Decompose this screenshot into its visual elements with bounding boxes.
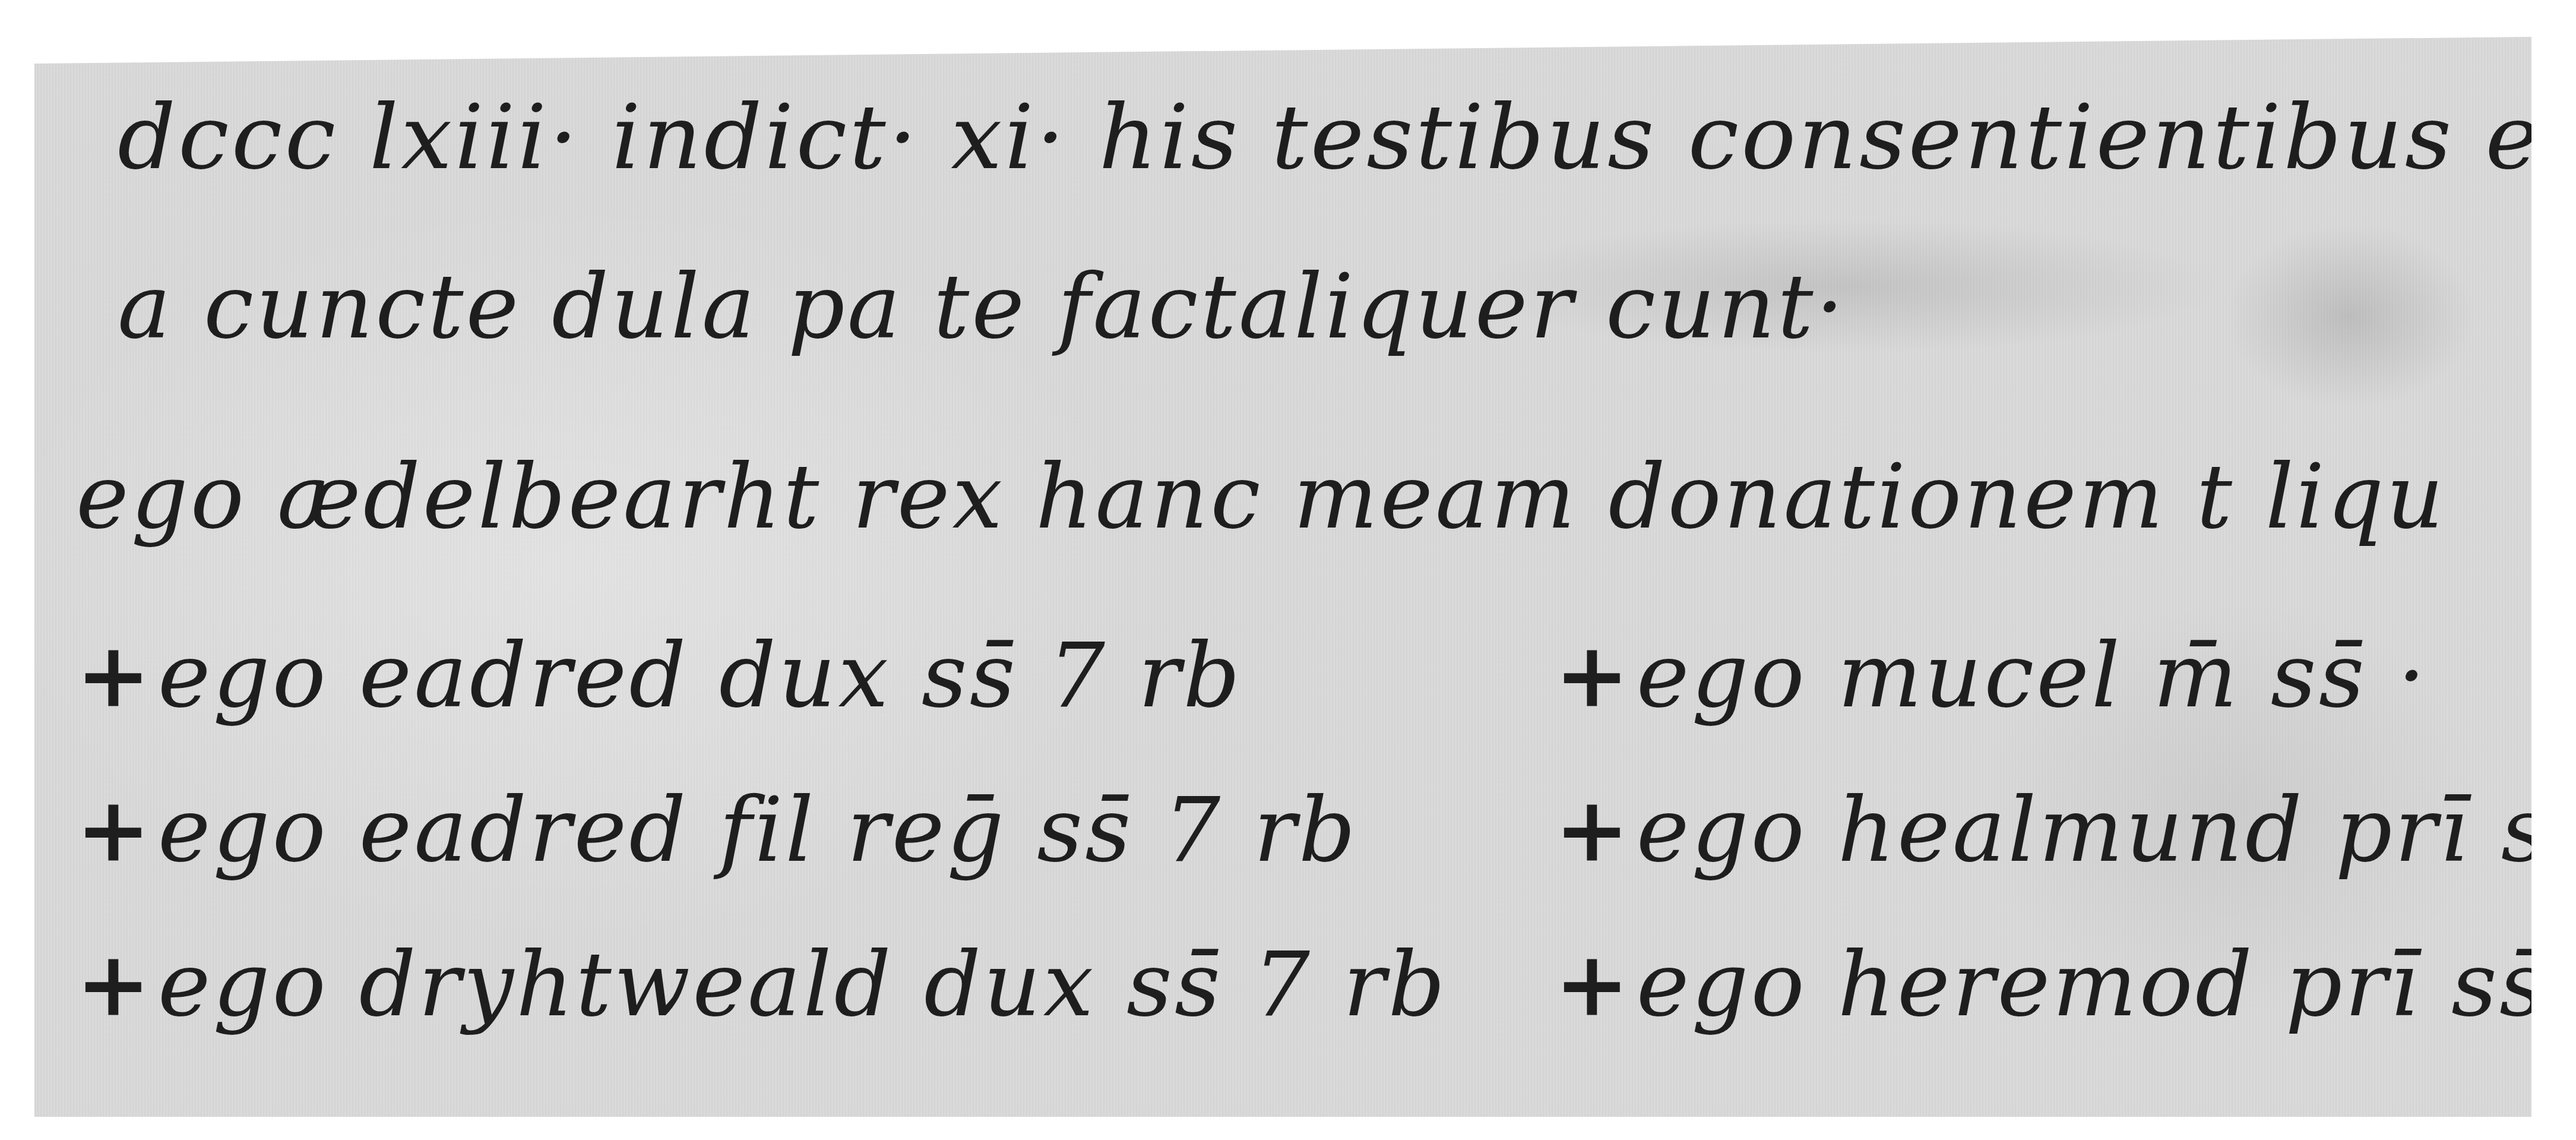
witness-entry: +ego dryhtweald dux ss̄ 7 rb — [76, 940, 1447, 1030]
cross-icon: + — [76, 932, 153, 1037]
witness-entry: +ego mucel m̄ ss̄ · — [1555, 631, 2428, 721]
cross-icon: + — [1555, 778, 1632, 882]
text-line-sanction: a cuncte dula pa te factaliquer cunt· — [118, 263, 1846, 352]
witness-text: ego mucel m̄ ss̄ · — [1637, 624, 2428, 728]
cross-icon: + — [1555, 623, 1632, 728]
witness-text: ego dryhtweald dux ss̄ 7 rb — [158, 933, 1448, 1037]
witness-text: ego healmund prī ss̄ · — [1637, 779, 2576, 882]
witness-text: ego eadred fil reḡ ss̄ 7 rb — [158, 779, 1358, 882]
cross-icon: + — [76, 778, 153, 882]
witness-entry: +ego healmund prī ss̄ · — [1555, 785, 2576, 875]
witness-text: ego heremod prī ss̄ · — [1637, 933, 2576, 1037]
manuscript-page: dccc lxiii· indict· xi· his testibus con… — [34, 37, 2531, 1117]
witness-entry: +ego heremod prī ss̄ · — [1555, 940, 2576, 1030]
text-line-dating-clause: dccc lxiii· indict· xi· his testibus con… — [118, 93, 2542, 182]
cross-icon: + — [1555, 932, 1632, 1037]
witness-entry: +ego eadred dux ss̄ 7 rb — [76, 631, 1242, 721]
text-line-king-subscription: ego ædelbearht rex hanc meam donationem … — [76, 453, 2446, 542]
witness-entry: +ego eadred fil reḡ ss̄ 7 rb — [76, 785, 1358, 875]
cross-icon: + — [76, 623, 153, 728]
witness-text: ego eadred dux ss̄ 7 rb — [158, 624, 1243, 728]
